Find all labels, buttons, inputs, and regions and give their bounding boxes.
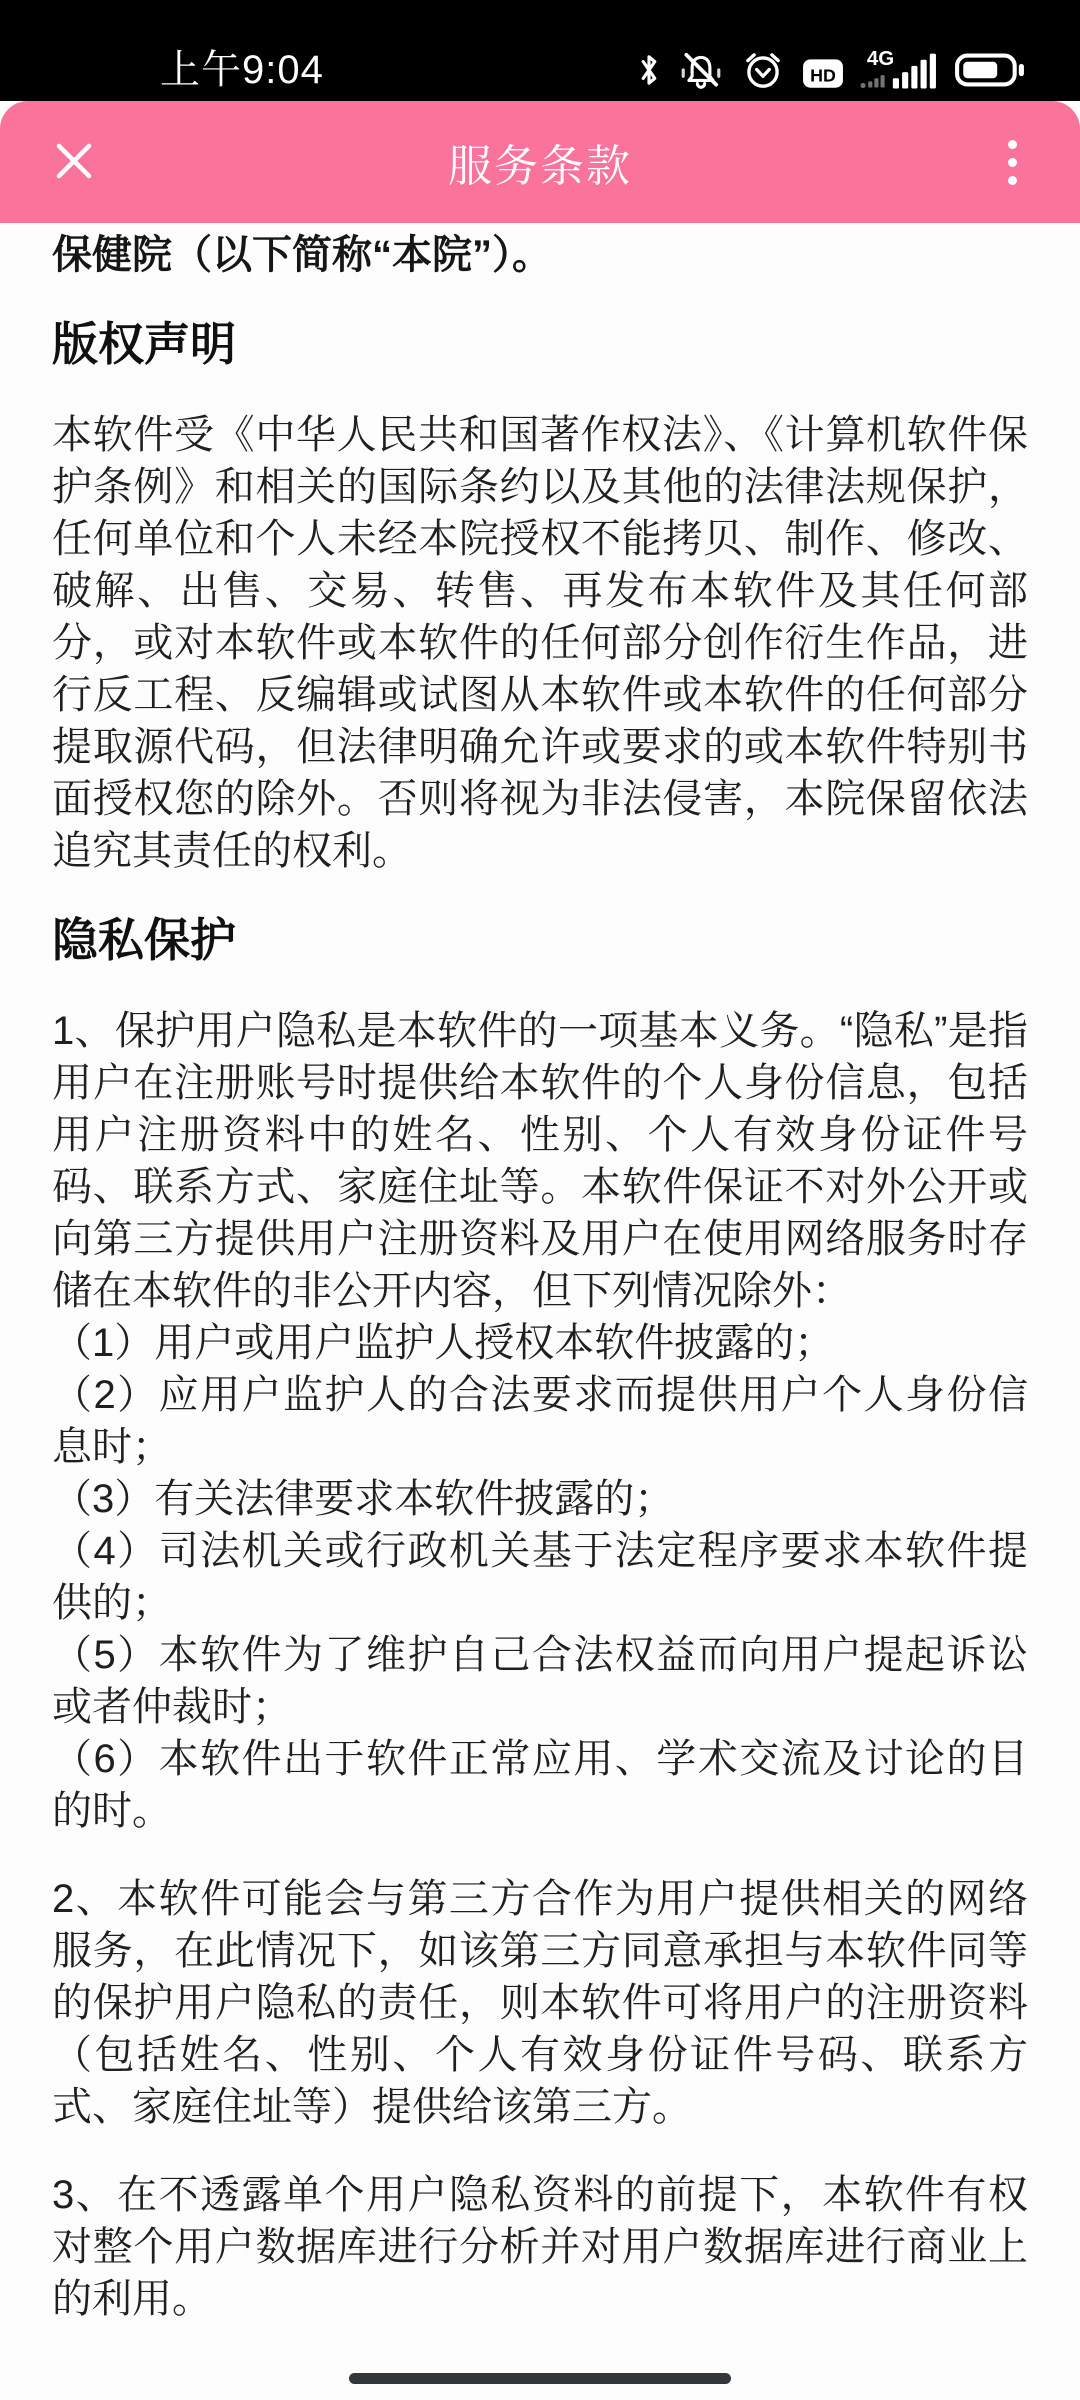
app-header: 服务条款 bbox=[0, 101, 1080, 223]
status-time: 上午9:04 bbox=[160, 49, 324, 91]
bluetooth-icon bbox=[636, 49, 662, 91]
overflow-menu-button[interactable] bbox=[992, 130, 1032, 194]
kebab-menu-icon bbox=[1008, 140, 1017, 185]
svg-text:4G: 4G bbox=[867, 47, 894, 70]
section-heading: 版权声明 bbox=[52, 315, 1028, 373]
status-bar: 上午9:04 bbox=[0, 0, 1080, 101]
hd-icon: HD bbox=[802, 55, 844, 91]
mute-icon bbox=[678, 49, 724, 91]
alarm-icon bbox=[740, 49, 786, 91]
list-item: （4）司法机关或行政机关基于法定程序要求本软件提供的； bbox=[52, 1525, 1028, 1629]
battery-icon bbox=[954, 49, 1026, 91]
list-item: （2）应用户监护人的合法要求而提供用户个人身份信息时； bbox=[52, 1369, 1028, 1473]
signal-bars bbox=[893, 54, 936, 89]
close-icon bbox=[51, 138, 97, 187]
paragraph: 3、在不透露单个用户隐私资料的前提下，本软件有权对整个用户数据库进行分析并对用户… bbox=[52, 2169, 1028, 2325]
intro-line: 保健院（以下简称“本院”）。 bbox=[52, 229, 1028, 281]
list-item: （3）有关法律要求本软件披露的； bbox=[52, 1473, 1028, 1525]
section-heading: 隐私保护 bbox=[52, 911, 1028, 969]
phone-screen: 上午9:04 bbox=[0, 0, 1080, 2400]
paragraph: 2、本软件可能会与第三方合作为用户提供相关的网络服务，在此情况下，如该第三方同意… bbox=[52, 1873, 1028, 2133]
svg-text:HD: HD bbox=[810, 65, 836, 85]
list-item: （1）用户或用户监护人授权本软件披露的； bbox=[52, 1317, 1028, 1369]
terms-document: 保健院（以下简称“本院”）。 版权声明本软件受《中华人民共和国著作权法》、《计算… bbox=[0, 223, 1080, 2325]
signal-4g-icon: 4G bbox=[860, 47, 938, 91]
document-sections: 版权声明本软件受《中华人民共和国著作权法》、《计算机软件保护条例》和相关的国际条… bbox=[52, 315, 1028, 2325]
page-title: 服务条款 bbox=[448, 130, 632, 194]
list-item: （6）本软件出于软件正常应用、学术交流及讨论的目的时。 bbox=[52, 1733, 1028, 1837]
paragraph: 1、保护用户隐私是本软件的一项基本义务。“隐私”是指用户在注册账号时提供给本软件… bbox=[52, 1005, 1028, 1317]
close-button[interactable] bbox=[46, 134, 102, 190]
paragraph: 本软件受《中华人民共和国著作权法》、《计算机软件保护条例》和相关的国际条约以及其… bbox=[52, 409, 1028, 877]
list-item: （5）本软件为了维护自己合法权益而向用户提起诉讼或者仲裁时； bbox=[52, 1629, 1028, 1733]
home-indicator[interactable] bbox=[349, 2373, 731, 2384]
status-icons: HD 4G bbox=[636, 47, 1026, 91]
